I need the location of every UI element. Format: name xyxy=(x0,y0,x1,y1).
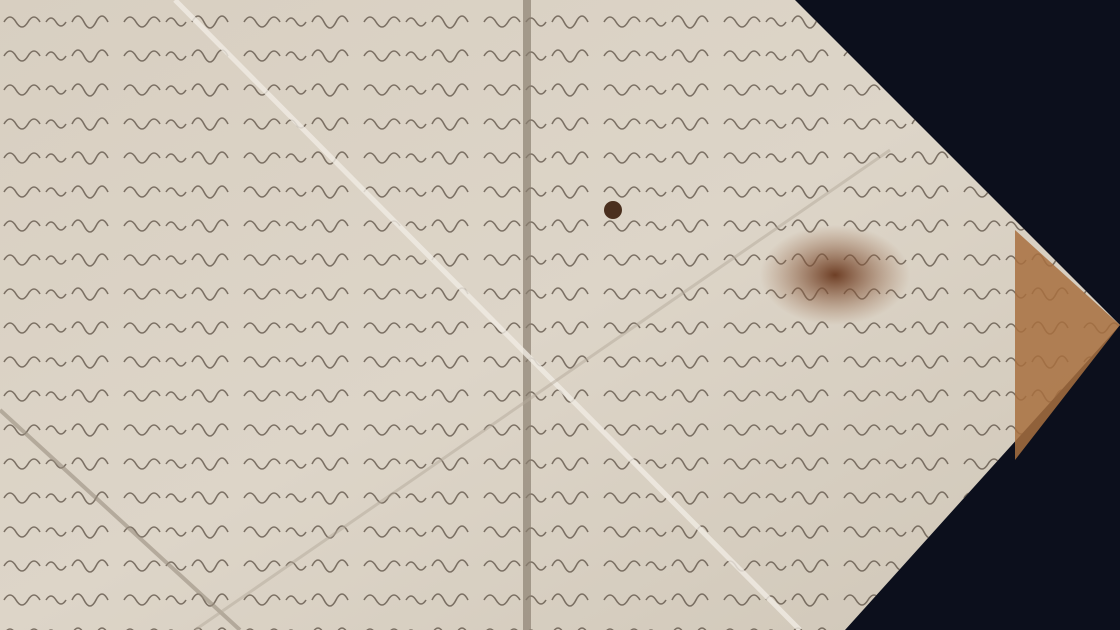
ink-blot xyxy=(604,201,622,219)
letter-illustration xyxy=(0,0,1120,630)
ink-stain xyxy=(760,225,910,325)
letter-photo xyxy=(0,0,1120,630)
